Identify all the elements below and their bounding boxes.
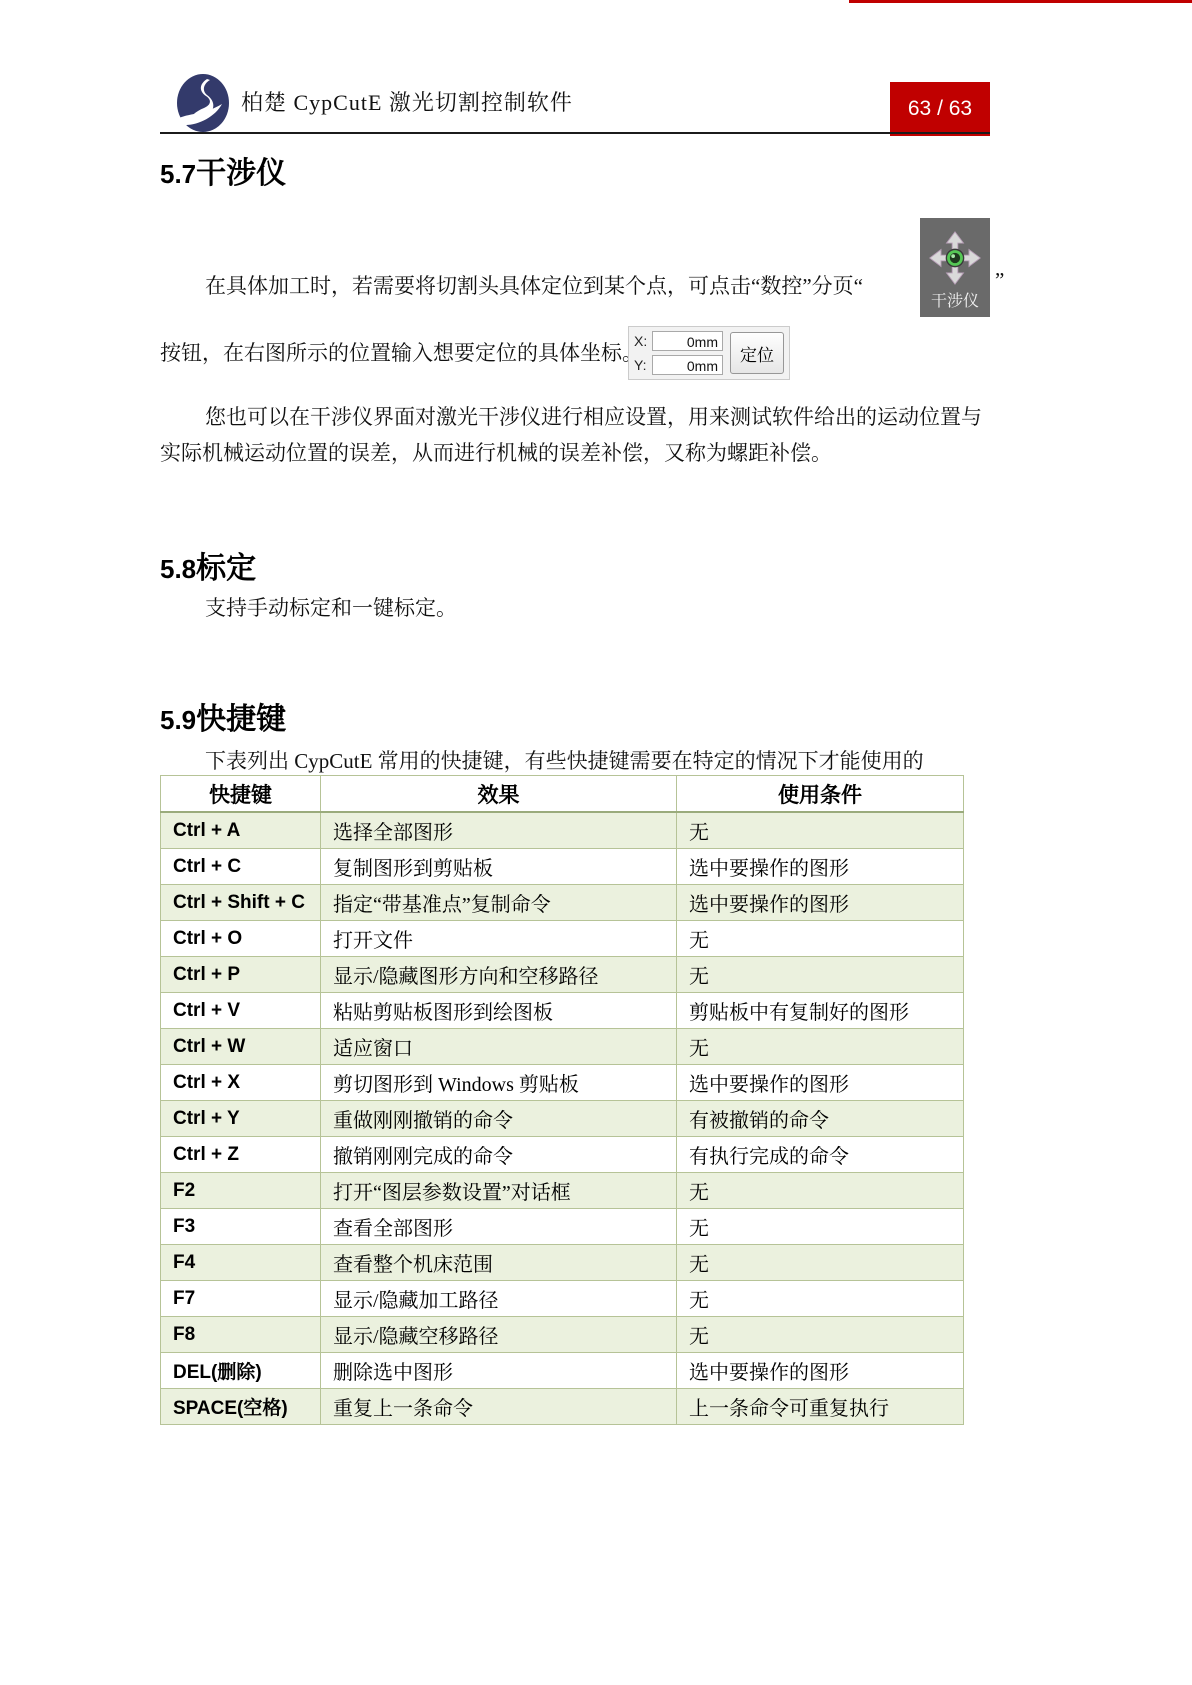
section-5-7-title: 干涉仪 — [196, 157, 286, 190]
table-row: F8 显示/隐藏空移路径 无 — [161, 1317, 964, 1353]
table-row: Ctrl + Y 重做刚刚撤销的命令 有被撤销的命令 — [161, 1101, 964, 1137]
table-row: Ctrl + W 适应窗口 无 — [161, 1029, 964, 1065]
interferometer-button-label: 干涉仪 — [931, 288, 979, 311]
document-title: 柏楚 CypCutE 激光切割控制软件 — [241, 86, 573, 117]
shortcut-key-cell: F2 — [161, 1173, 321, 1209]
header-effect: 效果 — [321, 776, 677, 813]
table-row: Ctrl + V 粘贴剪贴板图形到绘图板 剪贴板中有复制好的图形 — [161, 993, 964, 1029]
shortcut-condition-cell: 选中要操作的图形 — [677, 849, 964, 885]
shortcut-effect-cell: 查看全部图形 — [321, 1209, 677, 1245]
shortcut-effect-cell: 撤销刚刚完成的命令 — [321, 1137, 677, 1173]
shortcut-condition-cell: 无 — [677, 812, 964, 849]
shortcut-condition-cell: 选中要操作的图形 — [677, 885, 964, 921]
table-row: Ctrl + P 显示/隐藏图形方向和空移路径 无 — [161, 957, 964, 993]
company-logo — [176, 73, 230, 134]
section-5-7-number: 5.7 — [160, 159, 196, 189]
section-5-8-title: 标定 — [196, 552, 256, 585]
shortcut-key-cell: Ctrl + C — [161, 849, 321, 885]
shortcut-table-body: Ctrl + A 选择全部图形 无 Ctrl + C 复制图形到剪贴板 选中要操… — [161, 812, 964, 1425]
section-5-7-heading: 5.7干涉仪 — [160, 148, 286, 192]
shortcut-key-cell: Ctrl + X — [161, 1065, 321, 1101]
table-row: Ctrl + Z 撤销刚刚完成的命令 有执行完成的命令 — [161, 1137, 964, 1173]
page-number-badge: 63 / 63 — [890, 82, 990, 136]
shortcut-effect-cell: 显示/隐藏空移路径 — [321, 1317, 677, 1353]
shortcut-effect-cell: 显示/隐藏图形方向和空移路径 — [321, 957, 677, 993]
shortcut-key-cell: DEL(删除) — [161, 1353, 321, 1389]
shortcut-condition-cell: 无 — [677, 1281, 964, 1317]
shortcut-effect-cell: 选择全部图形 — [321, 812, 677, 849]
shortcut-key-cell: Ctrl + A — [161, 812, 321, 849]
paragraph-5-7b-line2: 实际机械运动位置的误差，从而进行机械的误差补偿，又称为螺距补偿。 — [160, 437, 832, 467]
shortcut-effect-cell: 打开文件 — [321, 921, 677, 957]
paragraph-5-7b-line1: 您也可以在干涉仪界面对激光干涉仪进行相应设置，用来测试软件给出的运动位置与 — [205, 401, 982, 431]
shortcut-condition-cell: 选中要操作的图形 — [677, 1353, 964, 1389]
y-input[interactable]: 0mm — [652, 355, 723, 375]
top-red-strip — [849, 0, 1192, 3]
table-row: F7 显示/隐藏加工路径 无 — [161, 1281, 964, 1317]
shortcut-key-cell: F7 — [161, 1281, 321, 1317]
table-row: F3 查看全部图形 无 — [161, 1209, 964, 1245]
shortcut-condition-cell: 无 — [677, 1173, 964, 1209]
header-shortcut-key: 快捷键 — [161, 776, 321, 813]
shortcut-condition-cell: 有被撤销的命令 — [677, 1101, 964, 1137]
locate-button[interactable]: 定位 — [730, 332, 784, 374]
table-row: SPACE(空格) 重复上一条命令 上一条命令可重复执行 — [161, 1389, 964, 1425]
shortcut-effect-cell: 重做刚刚撤销的命令 — [321, 1101, 677, 1137]
shortcut-condition-cell: 选中要操作的图形 — [677, 1065, 964, 1101]
shortcut-key-cell: F4 — [161, 1245, 321, 1281]
shortcut-effect-cell: 复制图形到剪贴板 — [321, 849, 677, 885]
shortcut-effect-cell: 查看整个机床范围 — [321, 1245, 677, 1281]
header-divider — [160, 132, 990, 134]
shortcut-key-cell: Ctrl + P — [161, 957, 321, 993]
shortcut-effect-cell: 重复上一条命令 — [321, 1389, 677, 1425]
shortcut-effect-cell: 剪切图形到 Windows 剪贴板 — [321, 1065, 677, 1101]
table-row: Ctrl + X 剪切图形到 Windows 剪贴板 选中要操作的图形 — [161, 1065, 964, 1101]
shortcut-condition-cell: 无 — [677, 1245, 964, 1281]
section-5-9-heading: 5.9快捷键 — [160, 694, 286, 738]
shortcut-condition-cell: 有执行完成的命令 — [677, 1137, 964, 1173]
x-label: X: — [634, 333, 652, 349]
move-arrows-icon — [927, 229, 983, 287]
paragraph-5-7-line2: 按钮，在右图所示的位置输入想要定位的具体坐标。 — [160, 337, 643, 367]
section-5-8-heading: 5.8标定 — [160, 543, 256, 587]
table-row: Ctrl + A 选择全部图形 无 — [161, 812, 964, 849]
shortcut-effect-cell: 指定“带基准点”复制命令 — [321, 885, 677, 921]
shortcut-table: 快捷键 效果 使用条件 Ctrl + A 选择全部图形 无 Ctrl + C 复… — [160, 775, 964, 1425]
shortcut-condition-cell: 无 — [677, 921, 964, 957]
table-row: Ctrl + C 复制图形到剪贴板 选中要操作的图形 — [161, 849, 964, 885]
paragraph-5-8: 支持手动标定和一键标定。 — [205, 592, 457, 622]
shortcut-key-cell: Ctrl + Z — [161, 1137, 321, 1173]
shortcut-condition-cell: 剪贴板中有复制好的图形 — [677, 993, 964, 1029]
table-row: DEL(删除) 删除选中图形 选中要操作的图形 — [161, 1353, 964, 1389]
x-input[interactable]: 0mm — [652, 331, 723, 351]
shortcut-key-cell: Ctrl + Shift + C — [161, 885, 321, 921]
shortcut-key-cell: F3 — [161, 1209, 321, 1245]
shortcut-key-cell: F8 — [161, 1317, 321, 1353]
shortcut-effect-cell: 删除选中图形 — [321, 1353, 677, 1389]
header-condition: 使用条件 — [677, 776, 964, 813]
document-page: 柏楚 CypCutE 激光切割控制软件 63 / 63 5.7干涉仪 干涉仪 在… — [0, 0, 1192, 1685]
paragraph-5-9-intro: 下表列出 CypCutE 常用的快捷键，有些快捷键需要在特定的情况下才能使用的 — [205, 745, 924, 775]
coordinate-fields: X: 0mm Y: 0mm — [634, 330, 723, 376]
x-row: X: 0mm — [634, 330, 723, 352]
shortcut-key-cell: Ctrl + W — [161, 1029, 321, 1065]
shortcut-condition-cell: 上一条命令可重复执行 — [677, 1389, 964, 1425]
section-5-8-number: 5.8 — [160, 554, 196, 584]
section-5-9-title: 快捷键 — [196, 703, 286, 736]
position-widget-image: X: 0mm Y: 0mm 定位 — [628, 326, 790, 380]
table-row: Ctrl + O 打开文件 无 — [161, 921, 964, 957]
shortcut-effect-cell: 粘贴剪贴板图形到绘图板 — [321, 993, 677, 1029]
y-row: Y: 0mm — [634, 354, 723, 376]
shortcut-condition-cell: 无 — [677, 957, 964, 993]
paragraph-5-7-line1: 在具体加工时，若需要将切割头具体定位到某个点，可点击“数控”分页“ — [205, 270, 863, 300]
shortcut-key-cell: Ctrl + Y — [161, 1101, 321, 1137]
shortcut-condition-cell: 无 — [677, 1317, 964, 1353]
table-header-row: 快捷键 效果 使用条件 — [161, 776, 964, 813]
shortcut-effect-cell: 打开“图层参数设置”对话框 — [321, 1173, 677, 1209]
y-label: Y: — [634, 357, 652, 373]
shortcut-key-cell: SPACE(空格) — [161, 1389, 321, 1425]
section-5-9-number: 5.9 — [160, 705, 196, 735]
closing-quote: ” — [995, 268, 1004, 293]
table-row: Ctrl + Shift + C 指定“带基准点”复制命令 选中要操作的图形 — [161, 885, 964, 921]
table-row: F2 打开“图层参数设置”对话框 无 — [161, 1173, 964, 1209]
shortcut-effect-cell: 显示/隐藏加工路径 — [321, 1281, 677, 1317]
shortcut-condition-cell: 无 — [677, 1209, 964, 1245]
shortcut-key-cell: Ctrl + O — [161, 921, 321, 957]
interferometer-button-image[interactable]: 干涉仪 — [920, 218, 990, 317]
shortcut-condition-cell: 无 — [677, 1029, 964, 1065]
shortcut-effect-cell: 适应窗口 — [321, 1029, 677, 1065]
table-row: F4 查看整个机床范围 无 — [161, 1245, 964, 1281]
shortcut-key-cell: Ctrl + V — [161, 993, 321, 1029]
